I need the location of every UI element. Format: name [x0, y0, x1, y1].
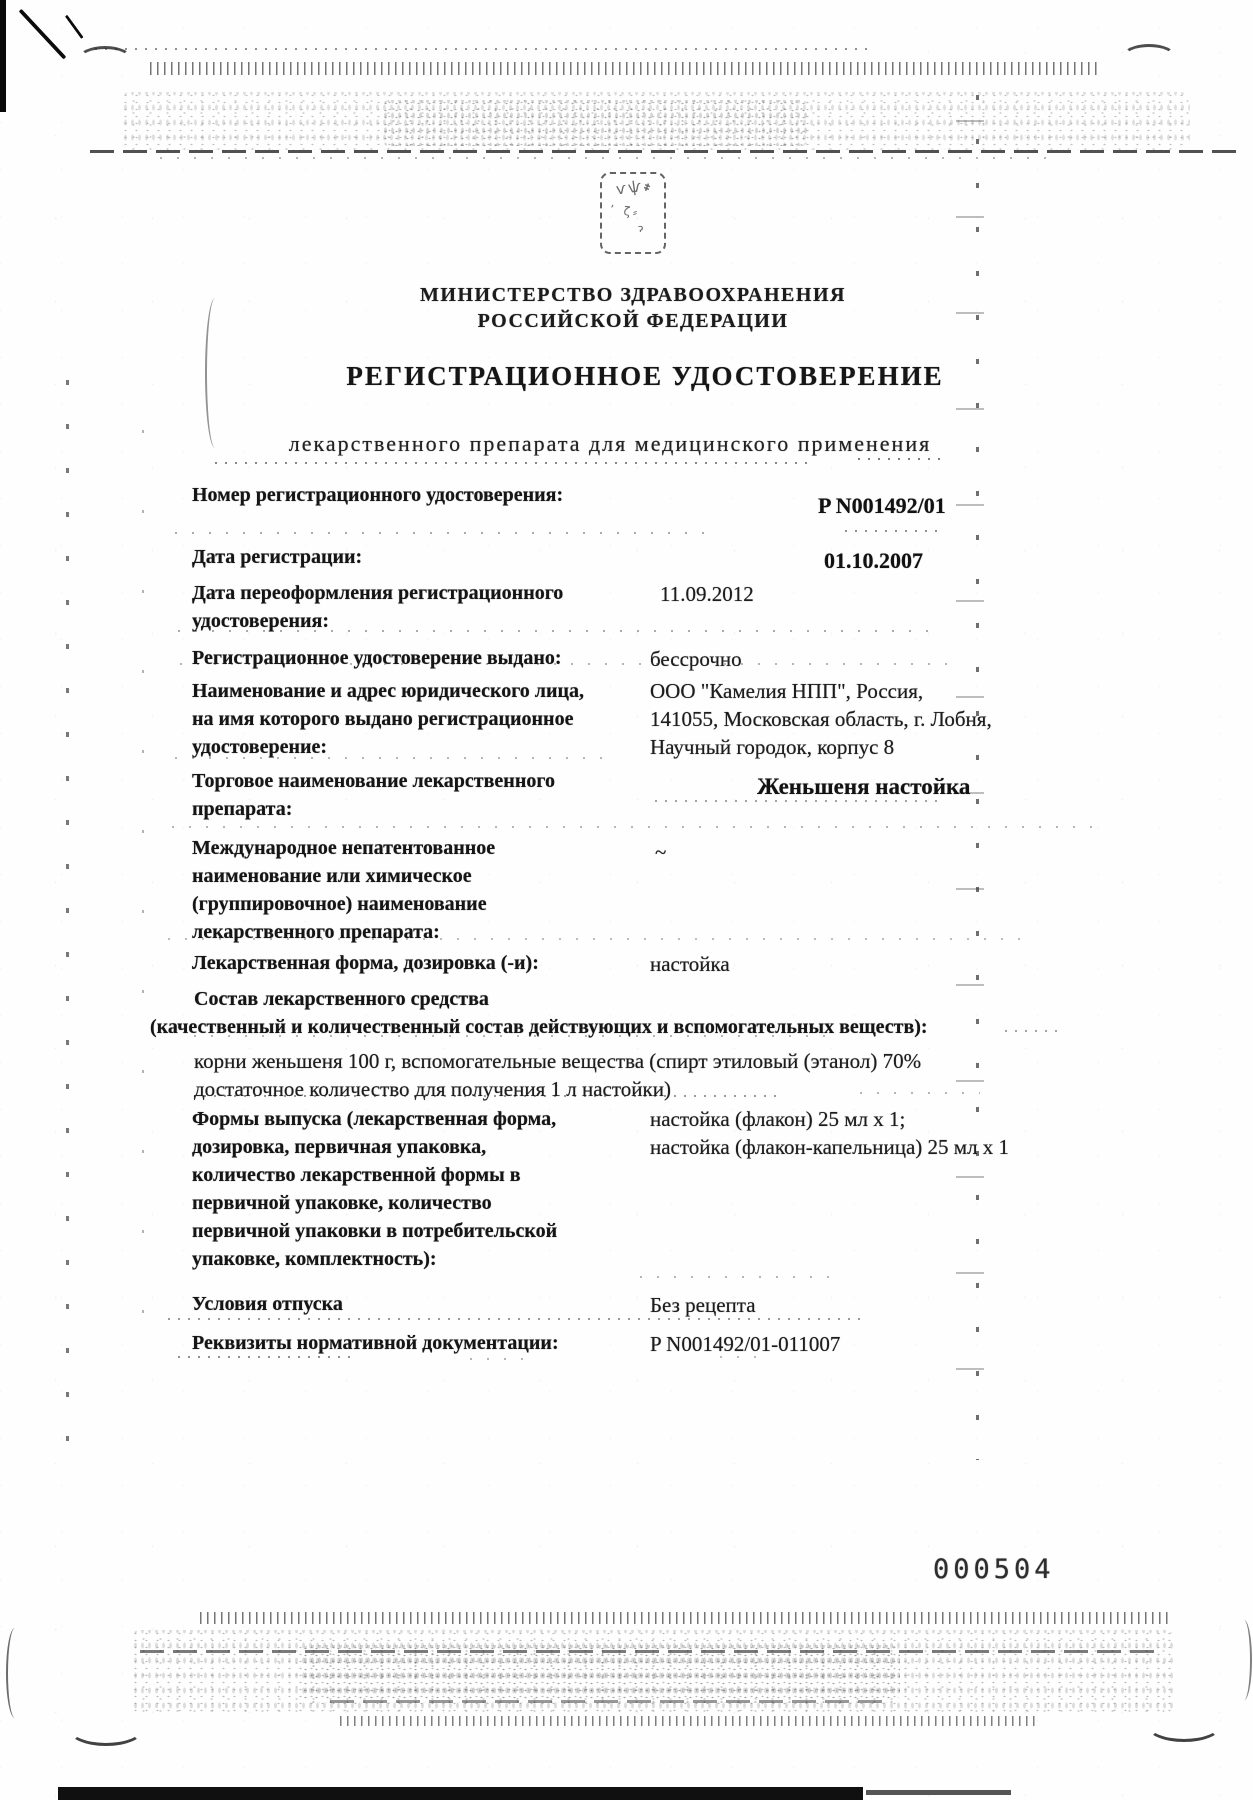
scan-noise: [168, 1318, 868, 1320]
field-value-issued-for: бессрочно: [650, 645, 742, 673]
field-value-release-forms: настойка (флакон) 25 мл х 1; настойка (ф…: [650, 1105, 1009, 1161]
scanned-certificate-page: ѵѱ҂ ʼ ζ⸗ ɂ МИНИСТЕРСТВО ЗДРАВООХРАНЕНИЯ …: [0, 0, 1253, 1800]
field-label-normative-docs: Реквизиты нормативной документации:: [192, 1329, 559, 1357]
field-label-issued-for: Регистрационное удостоверение выдано:: [192, 644, 562, 672]
scan-noise: [845, 530, 940, 532]
scan-noise: [140, 1650, 1160, 1653]
scan-noise: [95, 48, 875, 50]
scan-noise: [160, 157, 1060, 159]
scan-noise: [300, 1645, 900, 1703]
scan-noise: [470, 1358, 530, 1360]
scan-noise: [330, 1700, 890, 1703]
scan-noise: [175, 532, 715, 534]
scan-noise: [58, 1787, 863, 1800]
document-title: РЕГИСТРАЦИОННОЕ УДОСТОВЕРЕНИЕ: [295, 361, 995, 392]
emblem-scribble: ѵѱ҂: [615, 176, 654, 199]
scan-noise: [1146, 1708, 1222, 1742]
scan-noise: [1236, 1620, 1252, 1700]
field-label-reissue-date: Дата переоформления регистрационного удо…: [192, 579, 652, 635]
field-value-trade-name: Женьшеня настойка: [757, 773, 970, 801]
ministry-name-line2: РОССИЙСКОЙ ФЕДЕРАЦИИ: [283, 310, 983, 333]
field-label-dosage-form: Лекарственная форма, дозировка (-и):: [192, 949, 539, 977]
scan-noise: [858, 458, 940, 460]
scan-noise: [172, 826, 1102, 828]
field-value-inn-name: ~: [655, 838, 666, 866]
field-value-normative-docs: P N001492/01-011007: [650, 1330, 840, 1358]
scan-noise: [640, 1276, 840, 1278]
field-value-reg-date: 01.10.2007: [824, 547, 923, 575]
scan-noise: [205, 298, 225, 448]
emblem-scribble: ʼ ζ⸗: [609, 202, 640, 219]
scan-noise: [0, 0, 6, 112]
field-label-dispensing-conditions: Условия отпуска: [192, 1290, 343, 1318]
field-value-dosage-form: настойка: [650, 950, 730, 978]
scan-noise: [6, 1628, 24, 1718]
field-value-dispensing-conditions: Без рецепта: [650, 1291, 756, 1319]
form-serial-number: 000504: [933, 1554, 1055, 1585]
field-value-composition: корни женьшеня 100 г, вспомогательные ве…: [194, 1047, 1044, 1103]
scan-noise: [130, 1630, 1175, 1715]
coat-of-arms-icon: ѵѱ҂ ʼ ζ⸗ ɂ: [600, 172, 666, 254]
scan-noise: [120, 92, 1190, 150]
field-label-release-forms: Формы выпуска (лекарственная форма, дози…: [192, 1105, 652, 1273]
scan-noise: [78, 46, 132, 72]
scan-noise: [90, 150, 1240, 153]
scan-noise: [150, 62, 1100, 75]
pen-mark: [19, 9, 67, 60]
scan-noise: [66, 380, 69, 1445]
field-label-composition: Состав лекарственного средства (качестве…: [150, 985, 1110, 1041]
scan-noise: [142, 430, 144, 1380]
field-value-reg-number: P N001492/01: [818, 492, 946, 520]
field-value-reissue-date: 11.09.2012: [660, 580, 754, 608]
field-label-legal-entity: Наименование и адрес юридического лица, …: [192, 677, 662, 761]
field-label-trade-name: Торговое наименование лекарственного пре…: [192, 767, 652, 823]
field-value-legal-entity: ООО "Камелия НПП", Россия, 141055, Моско…: [650, 677, 992, 761]
document-subtitle: лекарственного препарата для медицинског…: [260, 431, 960, 457]
field-label-inn-name: Международное непатентованное наименован…: [192, 834, 612, 946]
pen-mark: [65, 15, 84, 39]
emblem-scribble: ɂ: [638, 222, 644, 235]
scan-noise: [215, 462, 815, 464]
field-label-reg-date: Дата регистрации:: [192, 543, 362, 571]
scan-noise: [866, 1790, 1011, 1795]
field-label-reg-number: Номер регистрационного удостоверения:: [192, 481, 563, 509]
scan-noise: [1122, 44, 1176, 70]
scan-noise: [200, 1612, 1170, 1624]
scan-noise: [68, 1712, 144, 1746]
scan-noise: [340, 1716, 1040, 1726]
scan-noise: [380, 100, 810, 146]
ministry-name-line1: МИНИСТЕРСТВО ЗДРАВООХРАНЕНИЯ: [283, 284, 983, 307]
